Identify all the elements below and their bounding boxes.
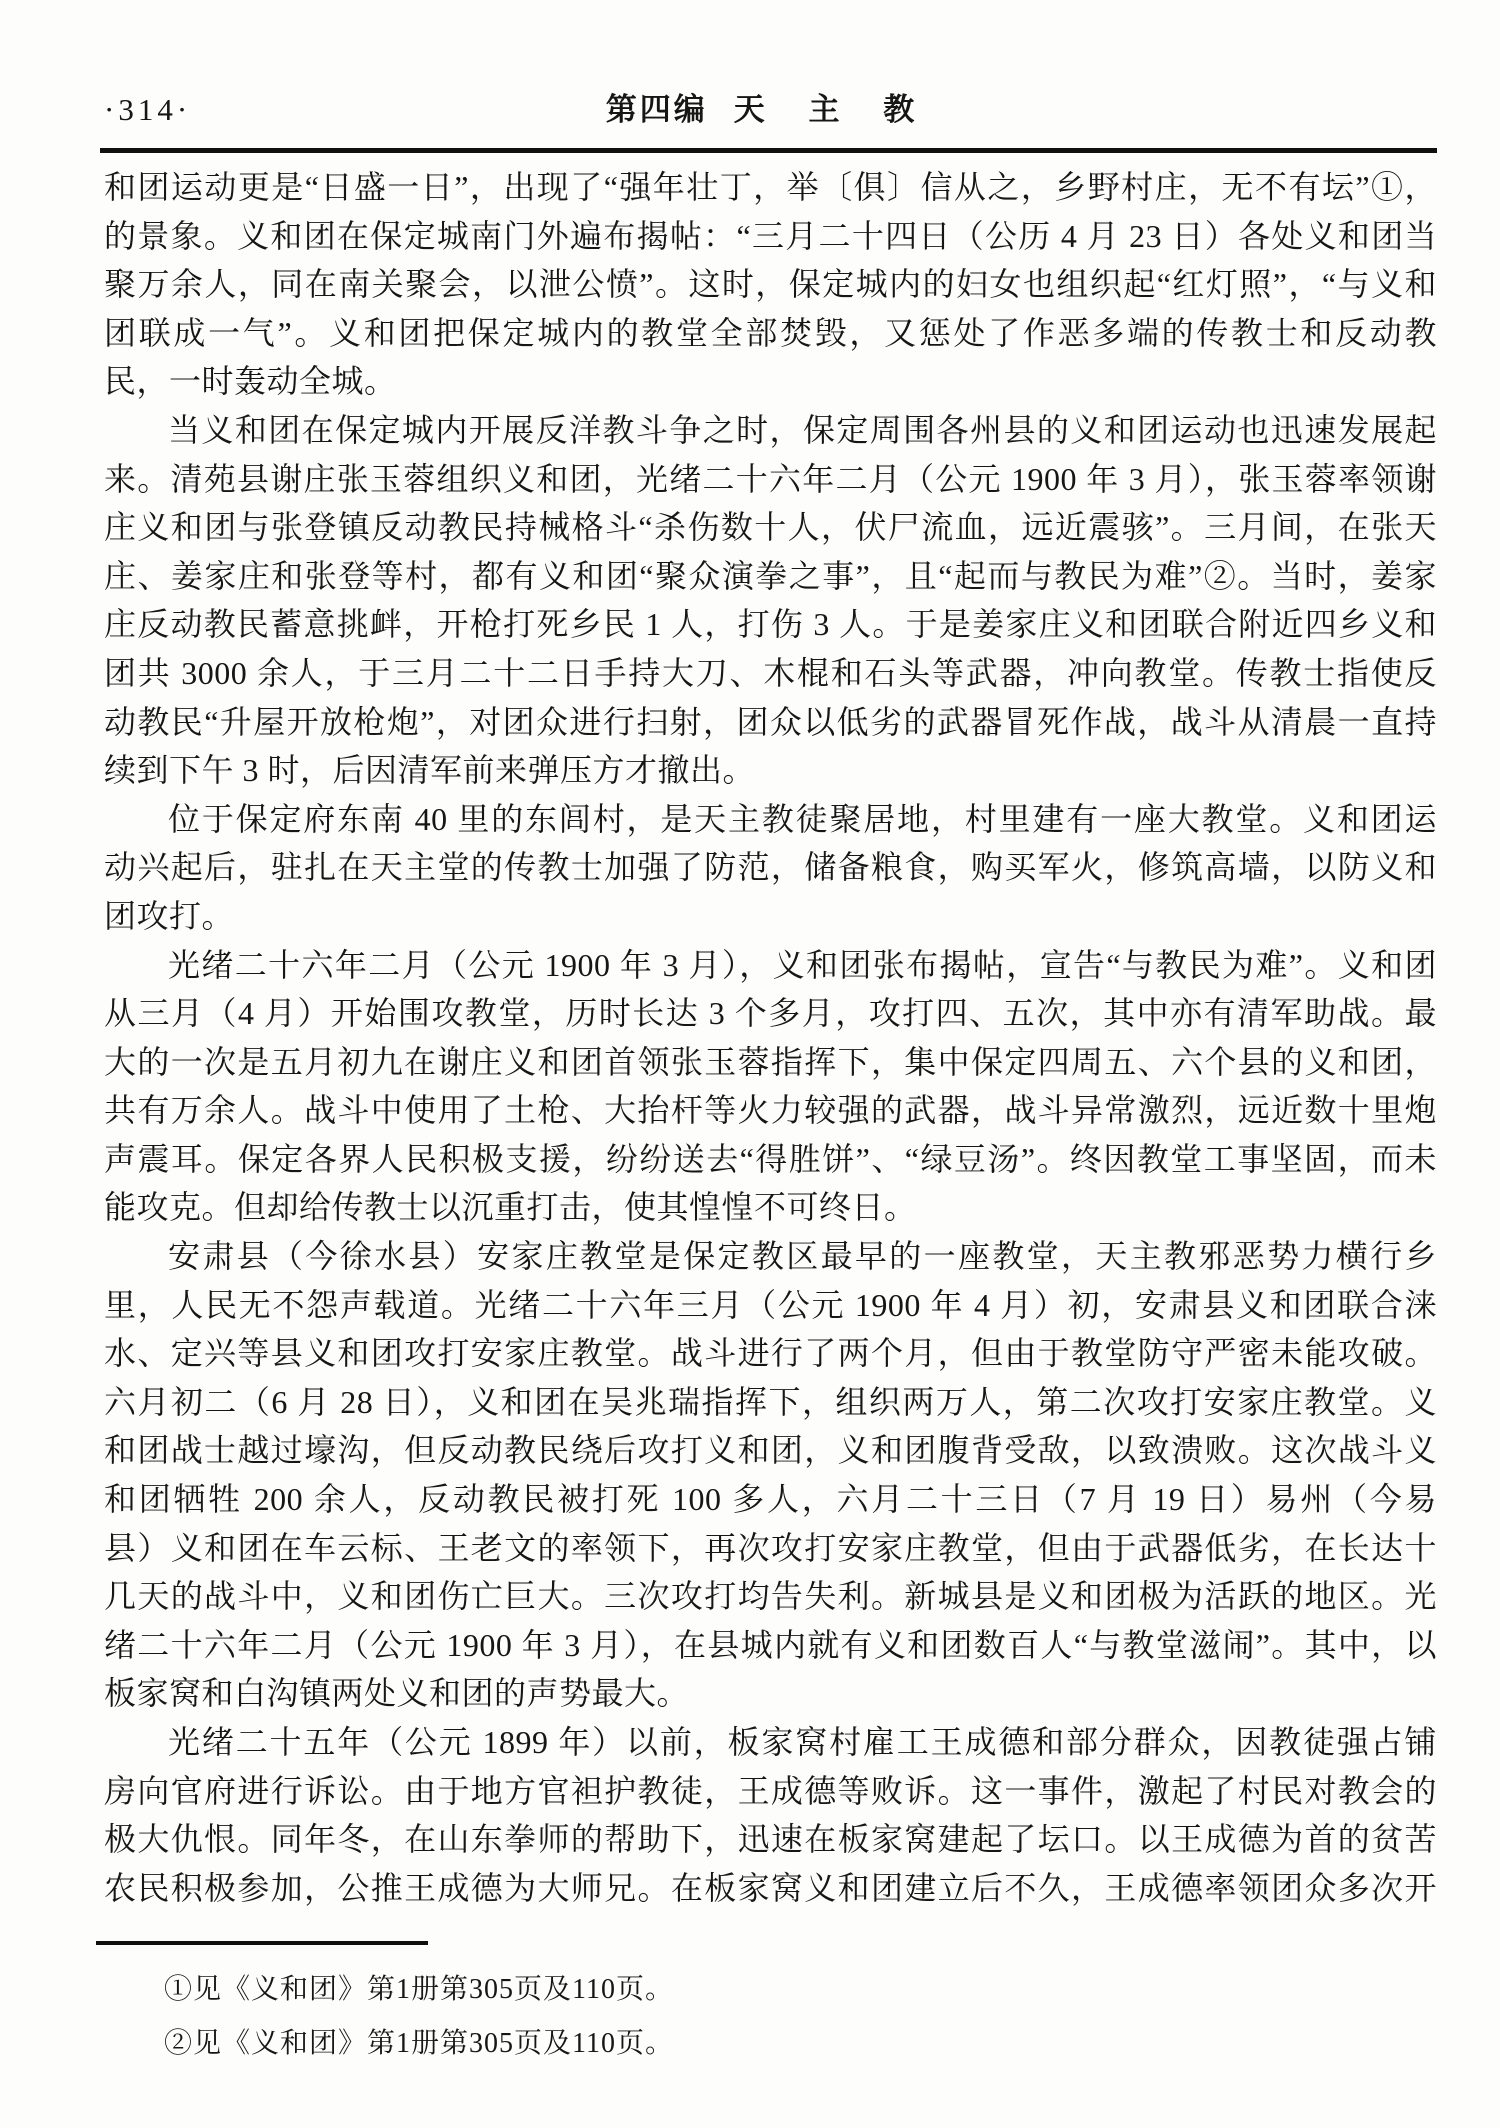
text-line: 从三月（4 月）开始围攻教堂，历时长达 3 个多月，攻打四、五次，其中亦有清军助…	[104, 989, 1437, 1038]
text-line: 光绪二十六年二月（公元 1900 年 3 月），义和团张布揭帖，宣告“与教民为难…	[104, 941, 1437, 990]
text-line: 团共 3000 余人，于三月二十二日手持大刀、木棍和石头等武器，冲向教堂。传教士…	[104, 649, 1437, 698]
text-line: 的景象。义和团在保定城南门外遍布揭帖：“三月二十四日（公历 4 月 23 日）各…	[104, 212, 1437, 261]
section-title: 天 主 教	[734, 92, 933, 127]
text-line: 民，一时轰动全城。	[104, 357, 1437, 406]
text-line: 共有万余人。战斗中使用了土枪、大抬杆等火力较强的武器，战斗异常激烈，远近数十里炮	[104, 1086, 1437, 1135]
footnotes: ①见《义和团》第1册第305页及110页。②见《义和团》第1册第305页及110…	[104, 1963, 1437, 2071]
text-line: 大的一次是五月初九在谢庄义和团首领张玉蓉指挥下，集中保定四周五、六个县的义和团，	[104, 1038, 1437, 1087]
text-line: 团攻打。	[104, 892, 1437, 941]
paragraph: 光绪二十六年二月（公元 1900 年 3 月），义和团张布揭帖，宣告“与教民为难…	[104, 941, 1437, 1233]
paragraph: 位于保定府东南 40 里的东闾村，是天主教徒聚居地，村里建有一座大教堂。义和团运…	[104, 795, 1437, 941]
text-line: 绪二十六年二月（公元 1900 年 3 月），在县城内就有义和团数百人“与教堂滋…	[104, 1621, 1437, 1670]
text-line: 动兴起后，驻扎在天主堂的传教士加强了防范，储备粮食，购买军火，修筑高墙，以防义和	[104, 843, 1437, 892]
text-line: 和团战士越过壕沟，但反动教民绕后攻打义和团，义和团腹背受敌，以致溃败。这次战斗义	[104, 1426, 1437, 1475]
paragraph: 当义和团在保定城内开展反洋教斗争之时，保定周围各州县的义和团运动也迅速发展起来。…	[104, 406, 1437, 795]
text-line: 县）义和团在车云标、王老文的率领下，再次攻打安家庄教堂，但由于武器低劣，在长达十	[104, 1524, 1437, 1573]
text-line: 六月初二（6 月 28 日），义和团在吴兆瑞指挥下，组织两万人，第二次攻打安家庄…	[104, 1378, 1437, 1427]
text-line: 安肃县（今徐水县）安家庄教堂是保定教区最早的一座教堂，天主教邪恶势力横行乡	[104, 1232, 1437, 1281]
text-line: 庄、姜家庄和张登等村，都有义和团“聚众演拳之事”，且“起而与教民为难”②。当时，…	[104, 552, 1437, 601]
text-line: 位于保定府东南 40 里的东闾村，是天主教徒聚居地，村里建有一座大教堂。义和团运	[104, 795, 1437, 844]
body-text: 和团运动更是“日盛一日”，出现了“强年壮丁，举〔俱〕信从之，乡野村庄，无不有坛”…	[104, 163, 1437, 1912]
section-heading: 第四编天 主 教	[104, 88, 1434, 132]
text-line: 来。清苑县谢庄张玉蓉组织义和团，光绪二十六年二月（公元 1900 年 3 月），…	[104, 455, 1437, 504]
running-head: ·314· 第四编天 主 教	[104, 88, 1434, 132]
text-line: 能攻克。但却给传教士以沉重打击，使其惶惶不可终日。	[104, 1183, 1437, 1232]
text-line: 和团牺牲 200 余人，反动教民被打死 100 多人，六月二十三日（7 月 19…	[104, 1475, 1437, 1524]
paragraph: 和团运动更是“日盛一日”，出现了“强年壮丁，举〔俱〕信从之，乡野村庄，无不有坛”…	[104, 163, 1437, 406]
text-line: 光绪二十五年（公元 1899 年）以前，板家窝村雇工王成德和部分群众，因教徒强占…	[104, 1718, 1437, 1767]
text-line: 极大仇恨。同年冬，在山东拳师的帮助下，迅速在板家窝建起了坛口。以王成德为首的贫苦	[104, 1815, 1437, 1864]
text-line: 板家窝和白沟镇两处义和团的声势最大。	[104, 1669, 1437, 1718]
text-line: 聚万余人，同在南关聚会，以泄公愤”。这时，保定城内的妇女也组织起“红灯照”，“与…	[104, 260, 1437, 309]
text-line: 和团运动更是“日盛一日”，出现了“强年壮丁，举〔俱〕信从之，乡野村庄，无不有坛”…	[104, 163, 1437, 212]
book-page: ·314· 第四编天 主 教 和团运动更是“日盛一日”，出现了“强年壮丁，举〔俱…	[0, 0, 1500, 2128]
text-line: 声震耳。保定各界人民积极支援，纷纷送去“得胜饼”、“绿豆汤”。终因教堂工事坚固，…	[104, 1135, 1437, 1184]
text-line: 里，人民无不怨声载道。光绪二十六年三月（公元 1900 年 4 月）初，安肃县义…	[104, 1281, 1437, 1330]
paragraph: 光绪二十五年（公元 1899 年）以前，板家窝村雇工王成德和部分群众，因教徒强占…	[104, 1718, 1437, 1912]
footnote-separator	[96, 1941, 428, 1945]
text-line: 庄义和团与张登镇反动教民持械格斗“杀伤数十人，伏尸流血，远近震骇”。三月间，在张…	[104, 503, 1437, 552]
paragraph: 安肃县（今徐水县）安家庄教堂是保定教区最早的一座教堂，天主教邪恶势力横行乡里，人…	[104, 1232, 1437, 1718]
section-label: 第四编	[606, 92, 708, 127]
text-line: 续到下午 3 时，后因清军前来弹压方才撤出。	[104, 746, 1437, 795]
text-line: 房向官府进行诉讼。由于地方官袒护教徒，王成德等败诉。这一事件，激起了村民对教会的	[104, 1767, 1437, 1816]
text-line: 水、定兴等县义和团攻打安家庄教堂。战斗进行了两个月，但由于教堂防守严密未能攻破。	[104, 1329, 1437, 1378]
text-line: 几天的战斗中，义和团伤亡巨大。三次攻打均告失利。新城县是义和团极为活跃的地区。光	[104, 1572, 1437, 1621]
footnote-line: ②见《义和团》第1册第305页及110页。	[104, 2017, 1437, 2071]
text-line: 动教民“升屋开放枪炮”，对团众进行扫射，团众以低劣的武器冒死作战，战斗从清晨一直…	[104, 698, 1437, 747]
text-line: 农民积极参加，公推王成德为大师兄。在板家窝义和团建立后不久，王成德率领团众多次开	[104, 1864, 1437, 1913]
text-line: 当义和团在保定城内开展反洋教斗争之时，保定周围各州县的义和团运动也迅速发展起	[104, 406, 1437, 455]
text-line: 庄反动教民蓄意挑衅，开枪打死乡民 1 人，打伤 3 人。于是姜家庄义和团联合附近…	[104, 600, 1437, 649]
footnote-line: ①见《义和团》第1册第305页及110页。	[104, 1963, 1437, 2017]
header-rule	[100, 148, 1437, 153]
text-line: 团联成一气”。义和团把保定城内的教堂全部焚毁，又惩处了作恶多端的传教士和反动教	[104, 309, 1437, 358]
